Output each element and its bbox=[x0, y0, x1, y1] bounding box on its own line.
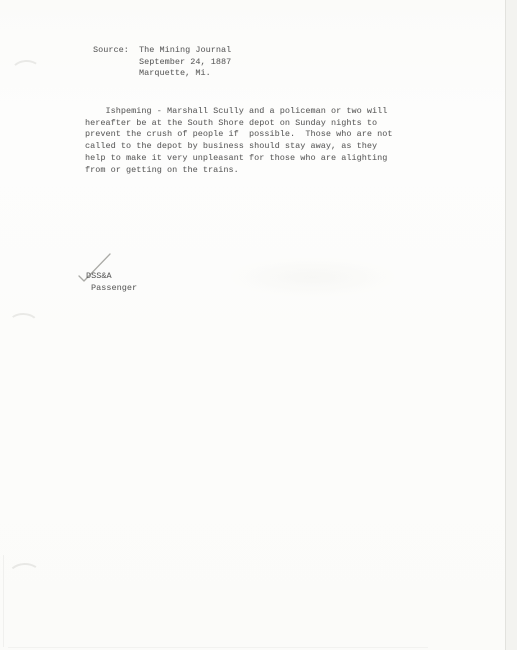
scanned-page: Source: The Mining Journal September 24,… bbox=[0, 0, 517, 650]
department-name: Passenger bbox=[91, 283, 137, 295]
punch-hole-middle bbox=[8, 312, 40, 335]
source-citation: The Mining Journal September 24, 1887 Ma… bbox=[139, 45, 231, 80]
paper-bottom-edge bbox=[8, 647, 428, 648]
source-label: Source: bbox=[93, 45, 129, 57]
paper-smudge bbox=[225, 256, 400, 298]
paper-sheet: Source: The Mining Journal September 24,… bbox=[0, 0, 506, 650]
paper-left-edge bbox=[3, 555, 4, 647]
railroad-name: DSS&A bbox=[86, 271, 112, 283]
article-text: Ishpeming - Marshall Scully and a police… bbox=[85, 106, 393, 176]
punch-hole-top bbox=[10, 59, 41, 83]
punch-hole-bottom bbox=[7, 562, 41, 588]
